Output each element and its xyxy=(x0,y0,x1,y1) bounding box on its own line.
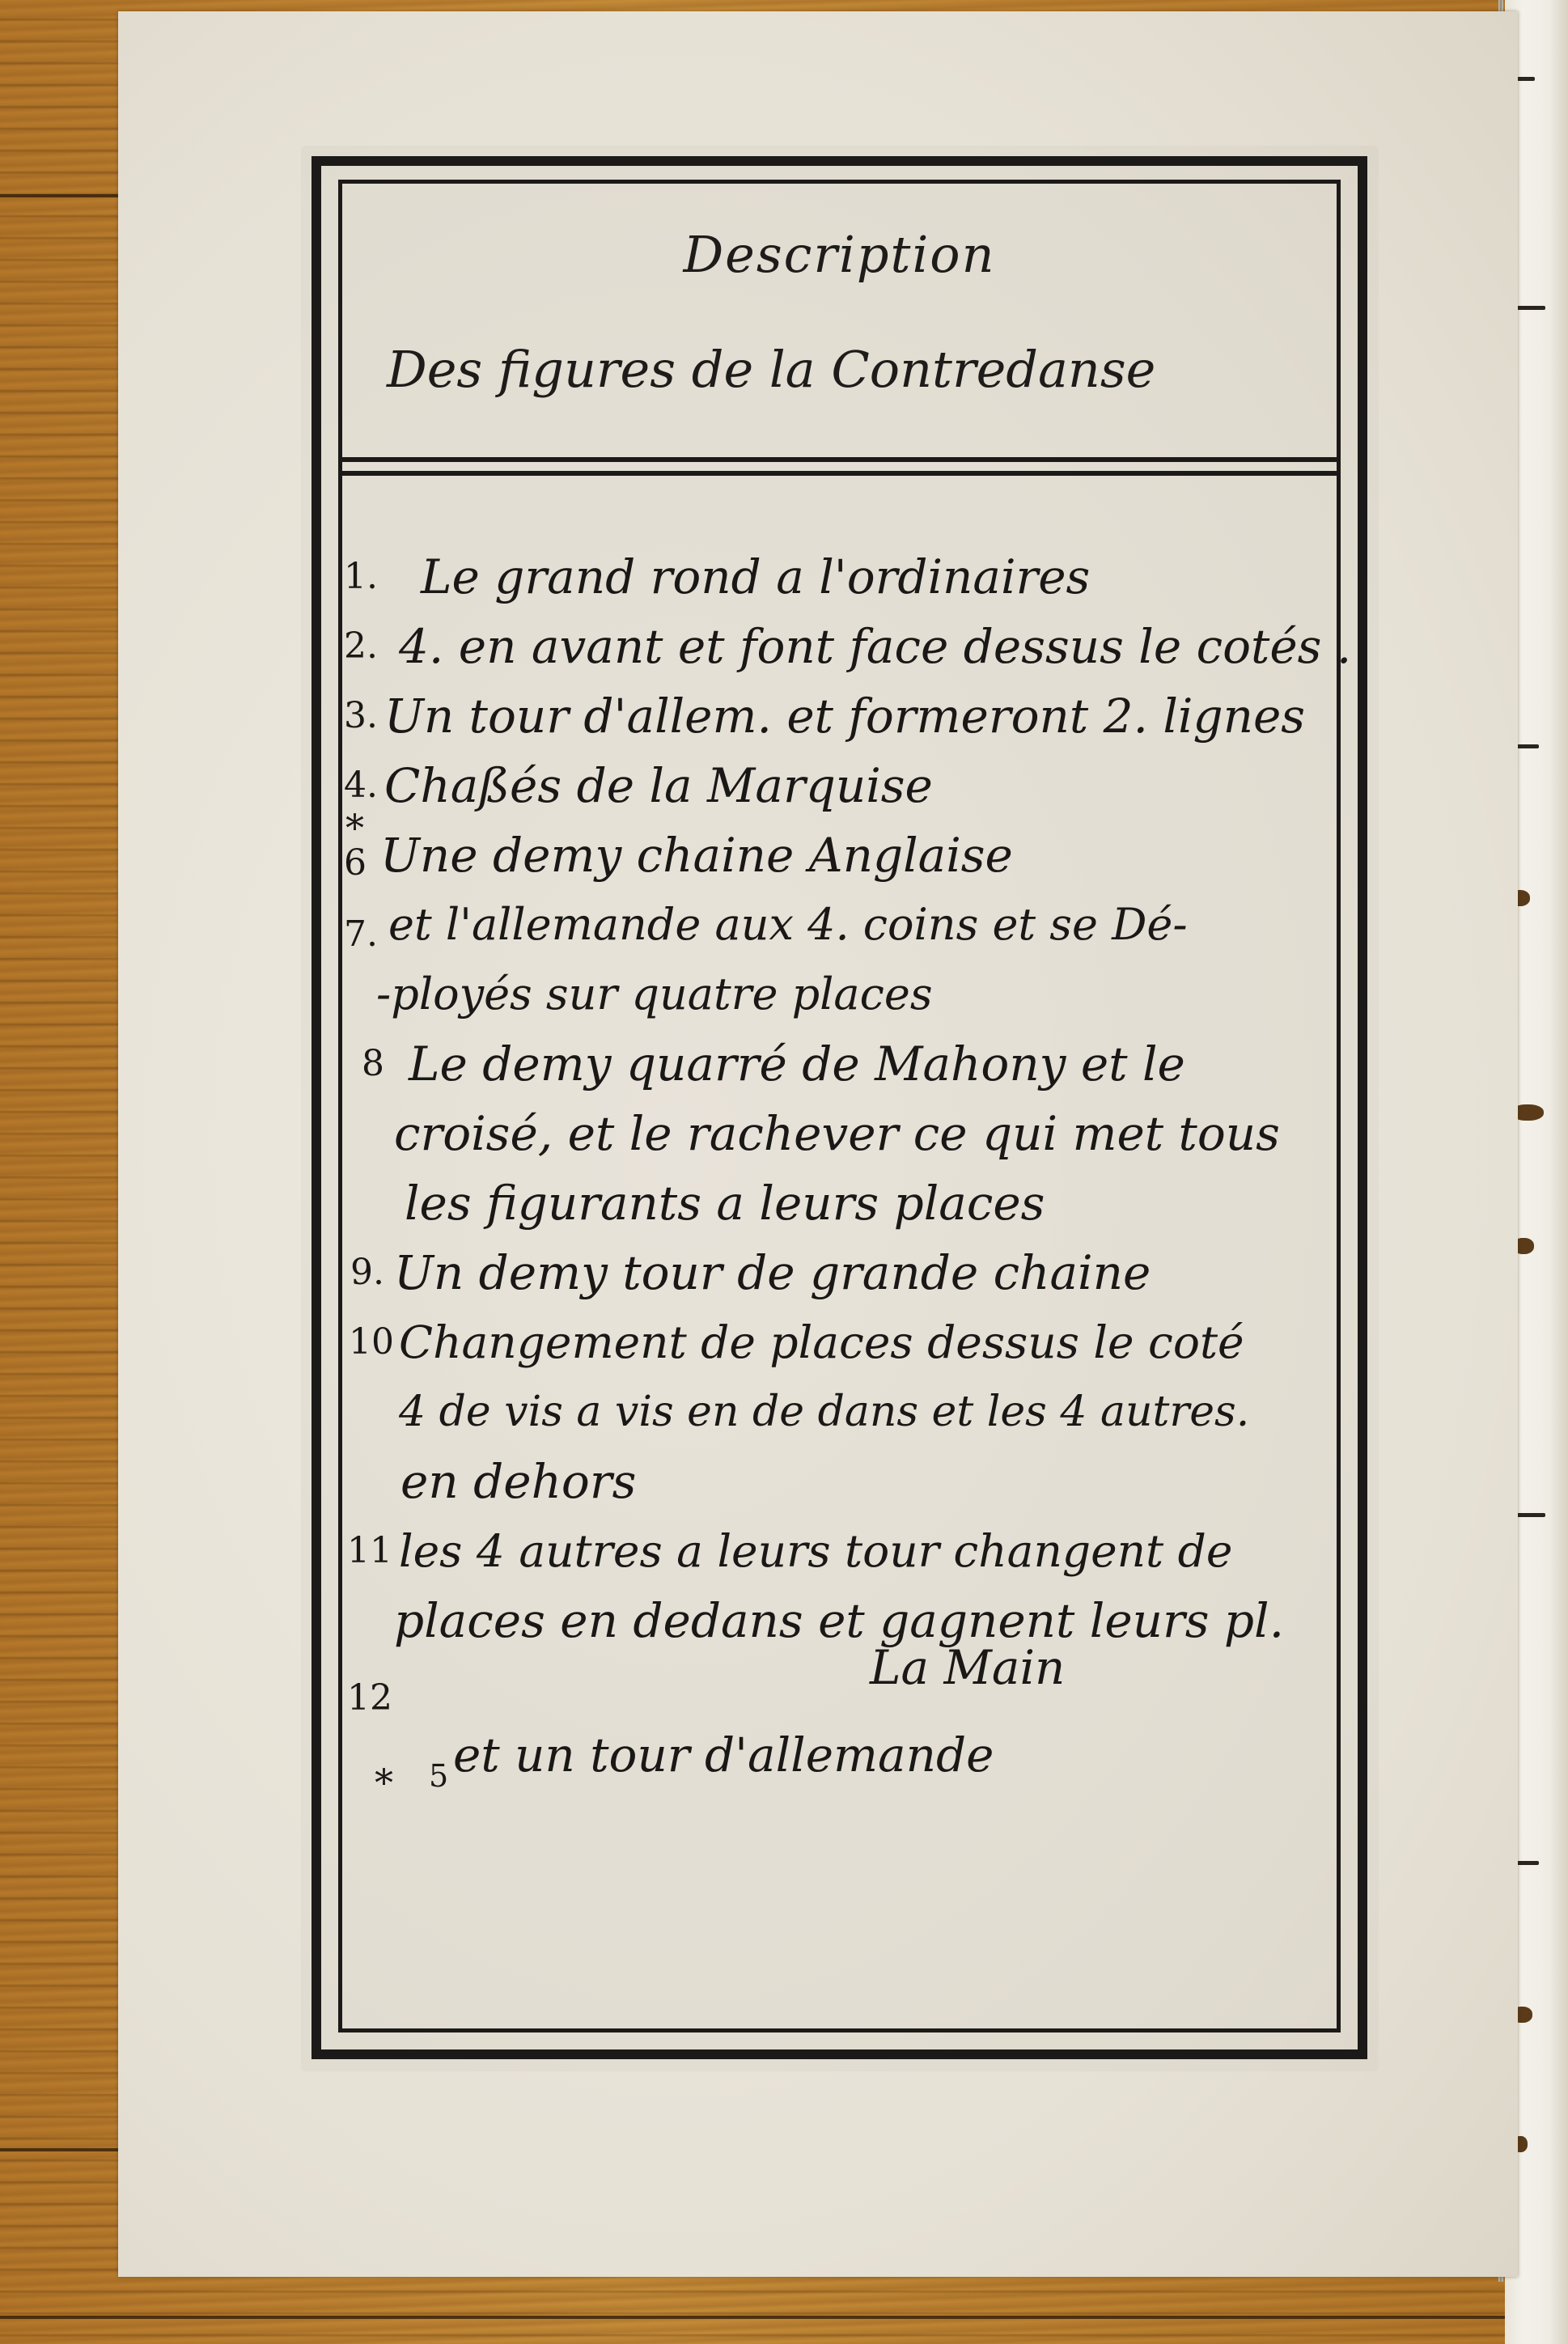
item-text: Changement de places dessus le coté xyxy=(399,1308,1244,1377)
item-text: Le demy quarré de Mahony et le xyxy=(409,1029,1185,1099)
item-number: 2. xyxy=(344,612,392,681)
list-item-continuation: croisé, et le rachever ce qui met tous xyxy=(344,1099,1339,1168)
item-text: les 4 autres a leurs tour changent de xyxy=(399,1516,1232,1586)
item-number: 9. xyxy=(350,1238,399,1308)
header-divider xyxy=(338,471,1341,476)
item-number: 8 xyxy=(362,1029,410,1099)
list-item: * 6 Une demy chaine Anglaise xyxy=(344,820,1339,890)
page-subtitle: Des figures de la Contredanse xyxy=(338,340,1341,399)
list-item: 2. 4. en avant et font face dessus le co… xyxy=(344,612,1339,681)
item-text: places en dedans et gagnent leurs pl. xyxy=(394,1586,1284,1655)
header-divider xyxy=(338,457,1341,462)
list-item: 9. Un demy tour de grande chaine xyxy=(344,1238,1339,1308)
list-item-continuation: en dehors xyxy=(344,1447,1339,1516)
item-text: croisé, et le rachever ce qui met tous xyxy=(394,1099,1280,1168)
item-text: et un tour d'allemande xyxy=(453,1720,994,1790)
item-text: Chaßés de la Marquise xyxy=(384,751,933,820)
wood-plank-seam xyxy=(0,2316,1568,2319)
item-text: Une demy chaine Anglaise xyxy=(380,820,1013,890)
asterisk-icon: * xyxy=(375,1748,393,1817)
item-number: 11 xyxy=(347,1516,396,1586)
page-title: Description xyxy=(338,225,1341,284)
list-item-continuation: 4 de vis a vis en de dans et les 4 autre… xyxy=(344,1377,1339,1447)
wood-plank-seam xyxy=(0,2148,118,2151)
item-text: en dehors xyxy=(400,1447,636,1516)
list-item: 4. Chaßés de la Marquise xyxy=(344,751,1339,820)
figures-list: 1. Le grand rond a l'ordinaires 2. 4. en… xyxy=(344,542,1339,1806)
item-text: Le grand rond a l'ordinaires xyxy=(421,542,1090,612)
wood-plank-seam xyxy=(0,194,118,197)
item-text: La Main xyxy=(870,1633,1065,1702)
list-item: 3. Un tour d'allem. et formeront 2. lign… xyxy=(344,681,1339,751)
list-item: 7. et l'allemande aux 4. coins et se Dé- xyxy=(344,890,1339,960)
item-text: Un demy tour de grande chaine xyxy=(394,1238,1151,1308)
list-item: 8 Le demy quarré de Mahony et le xyxy=(344,1029,1339,1099)
list-item: 10 Changement de places dessus le coté xyxy=(344,1308,1339,1377)
list-item-continuation: les figurants a leurs places xyxy=(344,1168,1339,1238)
list-item: 1. Le grand rond a l'ordinaires xyxy=(344,542,1339,612)
item-text: -ployés sur quatre places xyxy=(376,960,933,1029)
item-number: 12 xyxy=(347,1664,396,1733)
item-text: Un tour d'allem. et formeront 2. lignes xyxy=(384,681,1305,751)
item-text: 4 de vis a vis en de dans et les 4 autre… xyxy=(399,1377,1249,1447)
item-text: les figurants a leurs places xyxy=(405,1168,1045,1238)
list-item-continuation: places en dedans et gagnent leurs pl. xyxy=(344,1586,1339,1655)
list-item: * 5 et un tour d'allemande xyxy=(344,1736,1339,1806)
item-number: 1. xyxy=(344,542,392,612)
list-item: 11 les 4 autres a leurs tour changent de xyxy=(344,1516,1339,1586)
item-number: 10 xyxy=(349,1308,397,1377)
item-text: 4. en avant et font face dessus le cotés… xyxy=(399,612,1351,681)
item-text: et l'allemande aux 4. coins et se Dé- xyxy=(388,890,1188,960)
list-item-continuation: -ployés sur quatre places xyxy=(344,960,1339,1029)
